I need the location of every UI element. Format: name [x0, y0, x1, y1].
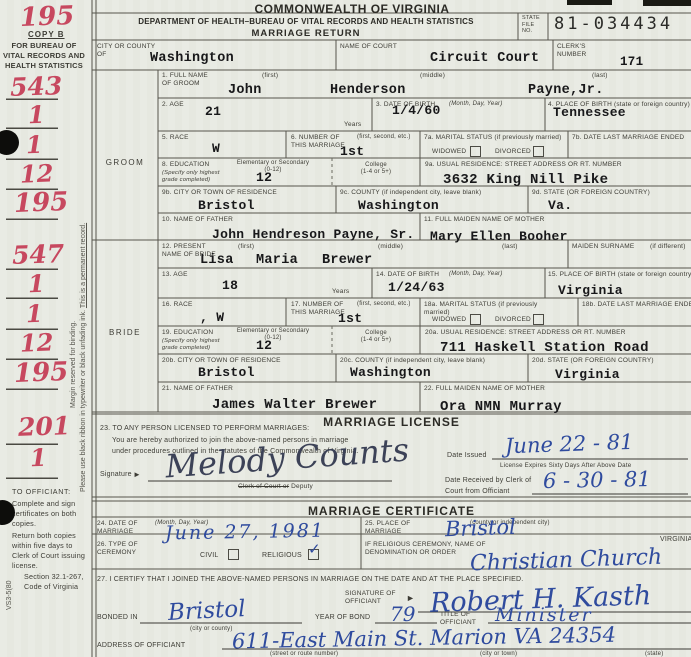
bride-elementary-range: (0-12)	[218, 335, 328, 342]
maiden-surname-hint: (if different)	[650, 243, 686, 251]
address-city-hint: (city or town)	[480, 651, 517, 657]
marriage-return-scan: { "glyphs": { "arrow": "►", "check": "✓"…	[0, 0, 691, 657]
margin-red-number: 1	[30, 446, 48, 471]
signature-hint-rest: Deputy	[291, 483, 313, 490]
bride-last-name: Brewer	[322, 254, 372, 268]
groom-age-label: 2. AGE	[162, 101, 184, 109]
margin-red-number: 195	[14, 189, 69, 217]
groom-first-name: John	[228, 84, 262, 98]
groom-county-value: Washington	[358, 199, 439, 212]
court-value: Circuit Court	[430, 52, 539, 66]
bonded-in-hint: (city or county)	[190, 626, 233, 633]
bride-marriage-number-hint: (first, second, etc.)	[357, 301, 419, 308]
bride-city-label: 20b. CITY OR TOWN OF RESIDENCE	[162, 357, 281, 365]
ceremony-type-label: 26. TYPE OF CEREMONY	[97, 541, 152, 557]
officiant-note-1: Complete and sign certificates on both c…	[12, 499, 86, 529]
department-title: DEPARTMENT OF HEALTH–BUREAU OF VITAL REC…	[96, 17, 516, 27]
ribbon-note: Please use black ribbon in typewriter or…	[80, 223, 87, 492]
form-title: MARRIAGE RETURN	[96, 28, 516, 39]
groom-education-value: 12	[256, 171, 272, 184]
bonded-in-label: BONDED IN	[97, 614, 138, 622]
groom-dob-value: 1/4/60	[392, 104, 441, 117]
officiant-address-label: ADDRESS OF OFFICIANT	[97, 642, 185, 650]
license-authorization-label: 23. TO ANY PERSON LICENSED TO PERFORM MA…	[100, 425, 309, 433]
marriage-place-label: 25. PLACE OF MARRIAGE	[365, 520, 420, 536]
bride-state-value: Virginia	[555, 368, 620, 381]
bride-last-marriage-label: 18b. DATE LAST MARRIAGE ENDED	[582, 301, 691, 309]
bride-dob-hint: (Month, Day, Year)	[449, 271, 502, 278]
bride-county-label: 20c. COUNTY (if independent city, leave …	[340, 357, 485, 365]
hint-first: (first)	[238, 243, 254, 251]
hint-last: (last)	[592, 72, 608, 80]
bride-city-value: Bristol	[198, 366, 255, 379]
civil-checkbox[interactable]	[228, 549, 239, 560]
groom-middle-name: Henderson	[330, 84, 406, 98]
margin-red-number: 1	[26, 133, 44, 158]
bride-father-label: 21. NAME OF FATHER	[162, 385, 233, 393]
groom-divorced-label: DIVORCED	[495, 148, 531, 156]
city-county-label: CITY OR COUNTY OF	[97, 43, 157, 59]
bride-middle-name: Maria	[256, 254, 298, 268]
groom-county-label: 9c. COUNTY (if independent city, leave b…	[340, 189, 481, 197]
groom-elementary-range: (0-12)	[218, 167, 328, 174]
bride-race-value: , W	[200, 311, 224, 324]
bride-father-value: James Walter Brewer	[212, 398, 377, 412]
margin-red-number: 195	[14, 359, 69, 387]
civil-label: CIVIL	[200, 552, 219, 560]
bride-race-label: 16. RACE	[162, 301, 193, 309]
groom-mother-value: Mary Ellen Booher	[430, 230, 568, 243]
groom-marriage-number-value: 1st	[340, 145, 364, 158]
address-state-hint: (state)	[645, 651, 663, 657]
margin-red-number: 195	[20, 3, 75, 31]
groom-last-marriage-label: 7b. DATE LAST MARRIAGE ENDED	[572, 134, 684, 142]
bride-college-range: (1-4 or 5+)	[336, 337, 416, 344]
groom-race-value: W	[212, 142, 220, 155]
bride-state-label: 20d. STATE (OR FOREIGN COUNTRY)	[532, 357, 654, 365]
binding-note: Margin reserved for binding.	[70, 321, 77, 408]
bride-pob-label: 15. PLACE OF BIRTH (state or foreign cou…	[548, 271, 691, 279]
bonded-in-value: Bristol	[167, 598, 246, 625]
groom-father-value: John Hendreson Payne, Sr.	[212, 228, 415, 241]
groom-residence-value: 3632 King Nill Pike	[443, 173, 608, 187]
groom-father-label: 10. NAME OF FATHER	[162, 216, 233, 224]
groom-city-value: Bristol	[198, 199, 255, 212]
bride-first-name: Lisa	[200, 254, 234, 268]
bride-divorced-checkbox[interactable]	[533, 314, 544, 325]
bond-year-value: 79	[390, 604, 415, 624]
state-file-label: STATE FILE NO.	[522, 15, 546, 35]
ribbon-note-text: Please use black ribbon in typewriter or…	[80, 310, 87, 492]
groom-state-value: Va.	[548, 199, 572, 212]
clerks-number-value: 171	[620, 56, 643, 69]
scan-artifact	[643, 0, 691, 6]
date-received-label-1: Date Received by Clerk of	[445, 477, 531, 485]
bride-education-value: 12	[256, 339, 272, 352]
bride-residence-value: 711 Haskell Station Road	[440, 341, 649, 355]
margin-red-number: 1	[28, 272, 46, 297]
certify-statement: 27. I CERTIFY THAT I JOINED THE ABOVE-NA…	[97, 576, 523, 584]
margin-red-number: 547	[12, 241, 65, 268]
bride-widowed-label: WIDOWED	[432, 316, 466, 324]
signature-hint-struck: Clerk of Court or	[238, 483, 289, 490]
signature-hint: Clerk of Court or Deputy	[238, 483, 313, 491]
groom-marital-status-label: 7a. MARITAL STATUS (if previously marrie…	[424, 134, 562, 142]
groom-widowed-checkbox[interactable]	[470, 146, 481, 157]
hint-middle: (middle)	[420, 72, 445, 80]
permanent-record-note: This is a permanent record.	[80, 223, 87, 308]
groom-divorced-checkbox[interactable]	[533, 146, 544, 157]
hint-first: (first)	[262, 72, 278, 80]
groom-race-label: 5. RACE	[162, 134, 189, 142]
groom-college-range: (1-4 or 5+)	[336, 169, 416, 176]
groom-age-value: 21	[205, 105, 221, 118]
city-county-value: Washington	[150, 52, 234, 66]
margin-red-number: 201	[18, 413, 71, 440]
hint-middle: (middle)	[378, 243, 403, 251]
groom-name-label: 1. FULL NAME OF GROOM	[162, 72, 218, 88]
bride-residence-label: 20a. USUAL RESIDENCE: STREET ADDRESS OR …	[425, 329, 626, 337]
hint-last: (last)	[502, 243, 518, 251]
place-state-label: VIRGINIA	[660, 536, 691, 544]
groom-pob-value: Tennessee	[553, 106, 626, 119]
copy-for-note: FOR BUREAU OF VITAL RECORDS AND HEALTH S…	[0, 41, 88, 71]
arrow-icon: ►	[133, 470, 141, 480]
bride-dob-label: 14. DATE OF BIRTH	[376, 271, 439, 279]
groom-mother-label: 11. FULL MAIDEN NAME OF MOTHER	[424, 216, 545, 224]
groom-state-label: 9d. STATE (OR FOREIGN COUNTRY)	[532, 189, 650, 197]
margin-red-number: 543	[10, 73, 63, 100]
bride-divorced-label: DIVORCED	[495, 316, 531, 324]
bride-mother-value: Ora NMN Murray	[440, 400, 562, 414]
religious-label: RELIGIOUS	[262, 552, 302, 560]
bride-education-label: 19. EDUCATION	[162, 329, 213, 337]
margin-red-number: 12	[20, 161, 54, 186]
code-reference: Section 32.1-267, Code of Virginia	[24, 572, 86, 592]
date-issued-label: Date Issued	[447, 452, 487, 460]
groom-widowed-label: WIDOWED	[432, 148, 466, 156]
form-code: VS3-5(80	[6, 580, 13, 610]
groom-marriage-number-hint: (first, second, etc.)	[357, 134, 419, 141]
groom-last-name: Payne,Jr.	[528, 84, 604, 98]
date-received-value: 6 - 30 - 81	[543, 469, 651, 492]
margin-red-number: 1	[28, 103, 46, 128]
bride-age-value: 18	[222, 279, 238, 292]
bride-widowed-checkbox[interactable]	[470, 314, 481, 325]
marriage-date-value: June 27, 1981	[165, 522, 325, 544]
court-label: NAME OF COURT	[340, 43, 400, 51]
signature-label: Signature	[100, 471, 132, 479]
officiant-title-value: Minister	[495, 606, 593, 625]
groom-years-hint: Years	[344, 121, 361, 129]
groom-dob-hint: (Month, Day, Year)	[449, 101, 502, 108]
groom-band-label: GROOM	[92, 158, 158, 168]
bride-dob-value: 1/24/63	[388, 281, 445, 294]
date-received-label-2: Court from Officiant	[445, 488, 510, 496]
bride-years-hint: Years	[332, 288, 349, 296]
officiant-note-title: TO OFFICIANT:	[12, 488, 86, 497]
marriage-date-label: 24. DATE OF MARRIAGE	[97, 520, 152, 536]
date-issued-value: June 22 - 81	[505, 432, 634, 457]
margin-red-number: 12	[20, 330, 54, 355]
officiant-note-2: Return both copies within five days to C…	[12, 531, 86, 571]
religious-check-icon: ✓	[308, 542, 321, 557]
bride-mother-label: 22. FULL MAIDEN NAME OF MOTHER	[424, 385, 545, 393]
state-file-number: 81-034434	[554, 16, 673, 33]
bride-band-label: BRIDE	[92, 328, 158, 338]
marriage-place-value: Bristol	[445, 517, 516, 540]
bride-pob-value: Virginia	[558, 284, 623, 297]
groom-education-label: 8. EDUCATION	[162, 161, 209, 169]
groom-city-label: 9b. CITY OR TOWN OF RESIDENCE	[162, 189, 277, 197]
bride-county-value: Washington	[350, 366, 431, 379]
certificate-title: MARRIAGE CERTIFICATE	[92, 504, 691, 518]
clerks-number-label: CLERK'S NUMBER	[557, 43, 607, 59]
maiden-surname-label: MAIDEN SURNAME	[572, 243, 634, 251]
bride-age-label: 13. AGE	[162, 271, 188, 279]
bride-marriage-number-value: 1st	[338, 312, 362, 325]
margin-red-number: 1	[26, 302, 44, 327]
groom-residence-label: 9a. USUAL RESIDENCE: STREET ADDRESS OR R…	[425, 161, 622, 169]
bond-year-label: YEAR OF BOND	[315, 614, 370, 622]
